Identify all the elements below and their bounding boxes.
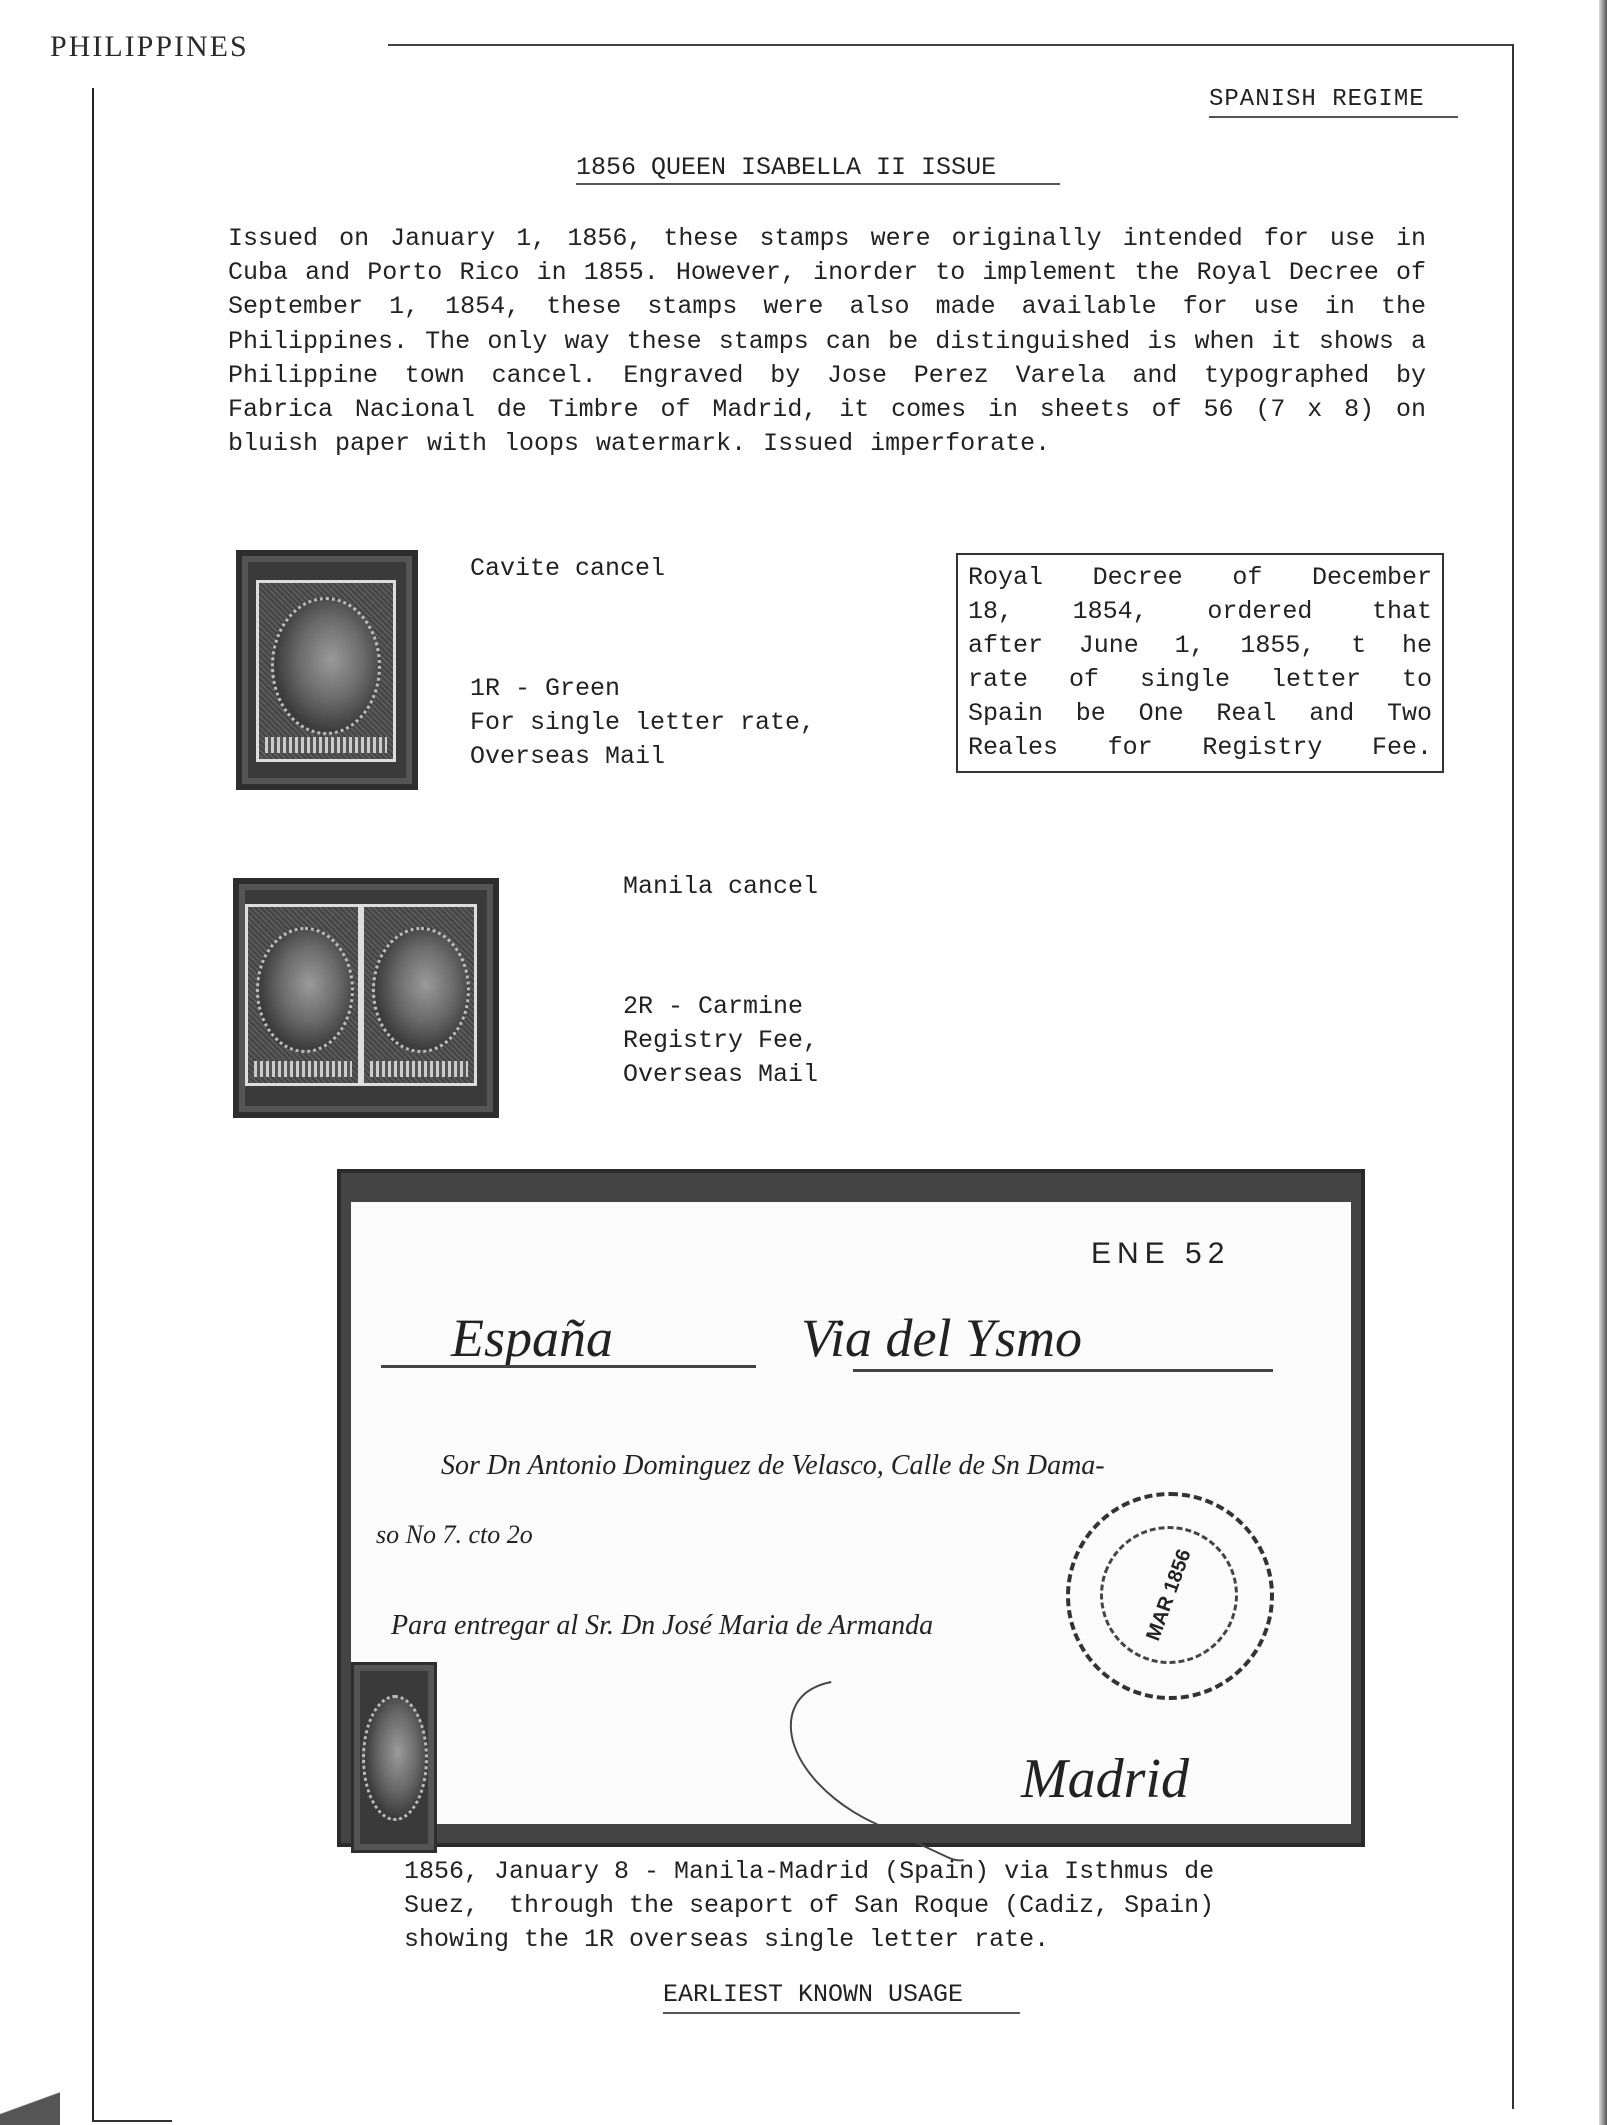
address-line: Para entregar al Sr. Dn José Maria de Ar… [391,1610,933,1642]
frame-top-rule [388,44,1512,46]
stamp-use: Overseas Mail [470,740,665,774]
frame-right-rule [1512,44,1514,2109]
cover-stamp [351,1662,437,1853]
frame-left-rule [92,88,94,2122]
circular-postmark: MAR 1856 [1066,1492,1274,1700]
address-line: so No 7. cto 2o [376,1520,533,1550]
date-mark: ENE 52 [1091,1237,1230,1271]
stamp-image-2r-carmine-pair [233,878,499,1118]
pen-flourish [763,1651,1023,1867]
caption-line: showing the 1R overseas single letter ra… [404,1923,1344,1957]
intro-paragraph: Issued on January 1, 1856, these stamps … [228,222,1426,461]
section-label: SPANISH REGIME [1209,86,1425,113]
caption-line: 1856, January 8 - Manila-Madrid (Spain) … [404,1855,1344,1889]
page-title: 1856 QUEEN ISABELLA II ISSUE [576,153,996,182]
destination-underline [381,1365,756,1368]
caption-line: Suez, through the seaport of San Roque (… [404,1889,1344,1923]
route-underline [853,1369,1273,1372]
address-line: Sor Dn Antonio Dominguez de Velasco, Cal… [441,1450,1105,1482]
destination-handwriting: España [451,1307,613,1369]
stamp-use: For single letter rate, [470,706,815,740]
cancel-label: Cavite cancel [470,552,665,586]
decree-line: rate of single letter to [968,663,1432,697]
country-header: PHILIPPINES [50,30,249,64]
stamp-use: Overseas Mail [623,1058,818,1092]
stamp-use: Registry Fee, [623,1024,818,1058]
decree-line: 18, 1854, ordered that [968,595,1432,629]
decree-line: Royal Decree of December [968,561,1432,595]
stamp-value: 1R - Green [470,672,620,706]
cancel-label: Manila cancel [623,870,818,904]
scan-edge-shadow [1599,0,1607,2125]
section-underline [1209,116,1458,118]
decree-line: Spain be One Real and Two [968,697,1432,731]
city-handwriting: Madrid [1021,1747,1189,1811]
stamp-value: 2R - Carmine [623,990,803,1024]
stamp-image-1r-green [236,550,418,790]
route-handwriting: Via del Ysmo [801,1307,1082,1369]
earliest-known-usage-note: EARLIEST KNOWN USAGE [663,1980,963,2009]
cover-caption: 1856, January 8 - Manila-Madrid (Spain) … [404,1855,1344,1957]
note-underline [663,2012,1020,2014]
postmark-date: MAR 1856 [1081,1507,1258,1684]
decree-line: after June 1, 1855, t he [968,629,1432,663]
royal-decree-box: Royal Decree of December 18, 1854, order… [956,553,1444,773]
decree-line: Reales for Registry Fee. [968,731,1432,765]
scan-corner-shadow [0,2080,60,2125]
postal-cover-image: ENE 52 España Via del Ysmo Sor Dn Antoni… [337,1169,1365,1847]
frame-bottom-rule [92,2120,172,2122]
title-underline [576,183,1060,185]
